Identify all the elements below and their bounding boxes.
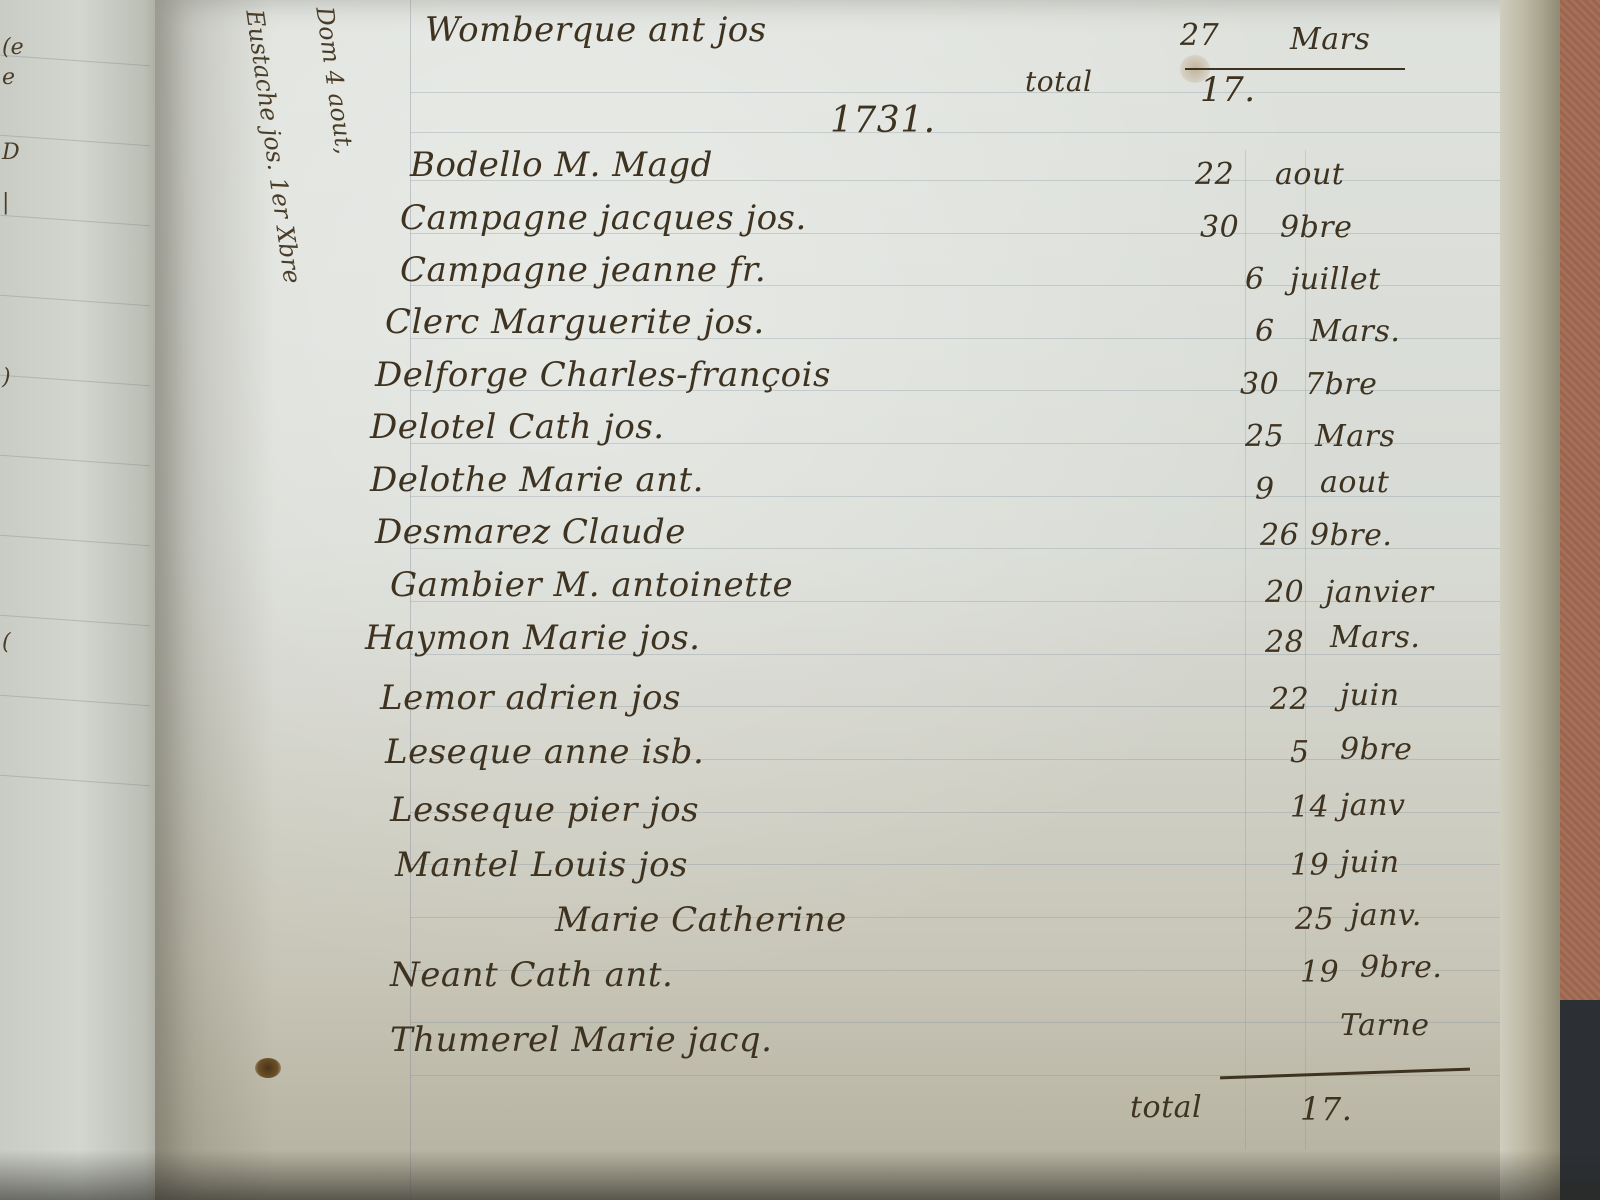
entry-name: Campagne jeanne fr. bbox=[400, 250, 766, 290]
entry-day: 28 bbox=[1265, 625, 1304, 660]
bottom-total-label: total bbox=[1130, 1090, 1202, 1125]
entry-name: Haymon Marie jos. bbox=[365, 618, 700, 658]
left-page-fragment: ( bbox=[2, 630, 11, 655]
entry-name: Delotel Cath jos. bbox=[370, 407, 665, 447]
entry-name: Marie Catherine bbox=[555, 900, 847, 940]
entry-name: Mantel Louis jos bbox=[395, 845, 688, 885]
entry-month: juin bbox=[1340, 678, 1400, 713]
book-cover bbox=[1560, 0, 1600, 1000]
left-page-fragment: D bbox=[2, 140, 20, 165]
entry-month: 9bre. bbox=[1310, 518, 1392, 553]
year-heading: 1731. bbox=[830, 100, 936, 141]
entry-month: Mars bbox=[1315, 419, 1395, 454]
entry-day: 6 bbox=[1245, 262, 1265, 297]
left-page-fragment: ) bbox=[2, 365, 11, 390]
carryover-month: Mars bbox=[1290, 22, 1370, 57]
entry-month: aout bbox=[1320, 465, 1389, 500]
entry-name: Lemor adrien jos bbox=[380, 678, 681, 718]
entry-name: Clerc Marguerite jos. bbox=[385, 302, 765, 342]
entry-month: juin bbox=[1340, 845, 1400, 880]
entry-month: janv bbox=[1340, 788, 1405, 823]
entry-name: Delothe Marie ant. bbox=[370, 460, 704, 500]
top-total-value: 17. bbox=[1200, 70, 1256, 110]
entry-day: 6 bbox=[1255, 314, 1275, 349]
entry-month: Mars. bbox=[1330, 620, 1420, 655]
entry-name: Neant Cath ant. bbox=[390, 955, 673, 995]
entry-day: 20 bbox=[1265, 575, 1304, 610]
entry-day: 19 bbox=[1300, 955, 1339, 990]
left-page-fragment: e bbox=[2, 65, 15, 90]
entry-day: 30 bbox=[1240, 367, 1279, 402]
left-facing-page: (e e D | ) ( bbox=[0, 0, 160, 1200]
entry-month: janv. bbox=[1350, 898, 1422, 933]
bottom-total-value: 17. bbox=[1300, 1090, 1352, 1128]
entry-day: 5 bbox=[1290, 735, 1310, 770]
carryover-name: Womberque ant jos bbox=[425, 10, 767, 50]
entry-month: 9bre bbox=[1340, 732, 1412, 767]
entry-day: 14 bbox=[1290, 790, 1329, 825]
entry-name: Campagne jacques jos. bbox=[400, 198, 807, 238]
entry-name: Gambier M. antoinette bbox=[390, 565, 793, 605]
entry-name: Bodello M. Magd bbox=[410, 145, 713, 185]
entry-day: 25 bbox=[1295, 902, 1334, 937]
entry-name: Lesseque pier jos bbox=[390, 790, 699, 830]
ink-blot bbox=[255, 1058, 281, 1078]
entry-day: 9 bbox=[1255, 472, 1275, 507]
entry-month: 9bre. bbox=[1360, 950, 1442, 985]
entry-name: Desmarez Claude bbox=[375, 512, 686, 552]
left-page-fragment: (e bbox=[2, 35, 24, 60]
entry-month: 9bre bbox=[1280, 210, 1352, 245]
entry-day: 26 bbox=[1260, 518, 1299, 553]
entry-day: 19 bbox=[1290, 848, 1329, 883]
entry-month: juillet bbox=[1290, 262, 1381, 297]
entry-day: 25 bbox=[1245, 419, 1284, 454]
entry-day: 30 bbox=[1200, 210, 1239, 245]
page-edges bbox=[1500, 0, 1560, 1200]
entry-name: Thumerel Marie jacq. bbox=[390, 1020, 772, 1060]
entry-day: 22 bbox=[1270, 682, 1309, 717]
entry-name: Leseque anne isb. bbox=[385, 732, 704, 772]
entry-month: aout bbox=[1275, 157, 1344, 192]
entry-day: 22 bbox=[1195, 157, 1234, 192]
entry-month: Mars. bbox=[1310, 314, 1400, 349]
entry-month: 7bre bbox=[1305, 367, 1377, 402]
left-page-fragment: | bbox=[2, 190, 9, 215]
entry-month: janvier bbox=[1325, 575, 1434, 610]
entry-month: Tarne bbox=[1340, 1008, 1429, 1043]
carryover-day: 27 bbox=[1180, 18, 1219, 53]
top-total-label: total bbox=[1025, 65, 1093, 98]
entry-name: Delforge Charles-françois bbox=[375, 355, 831, 395]
